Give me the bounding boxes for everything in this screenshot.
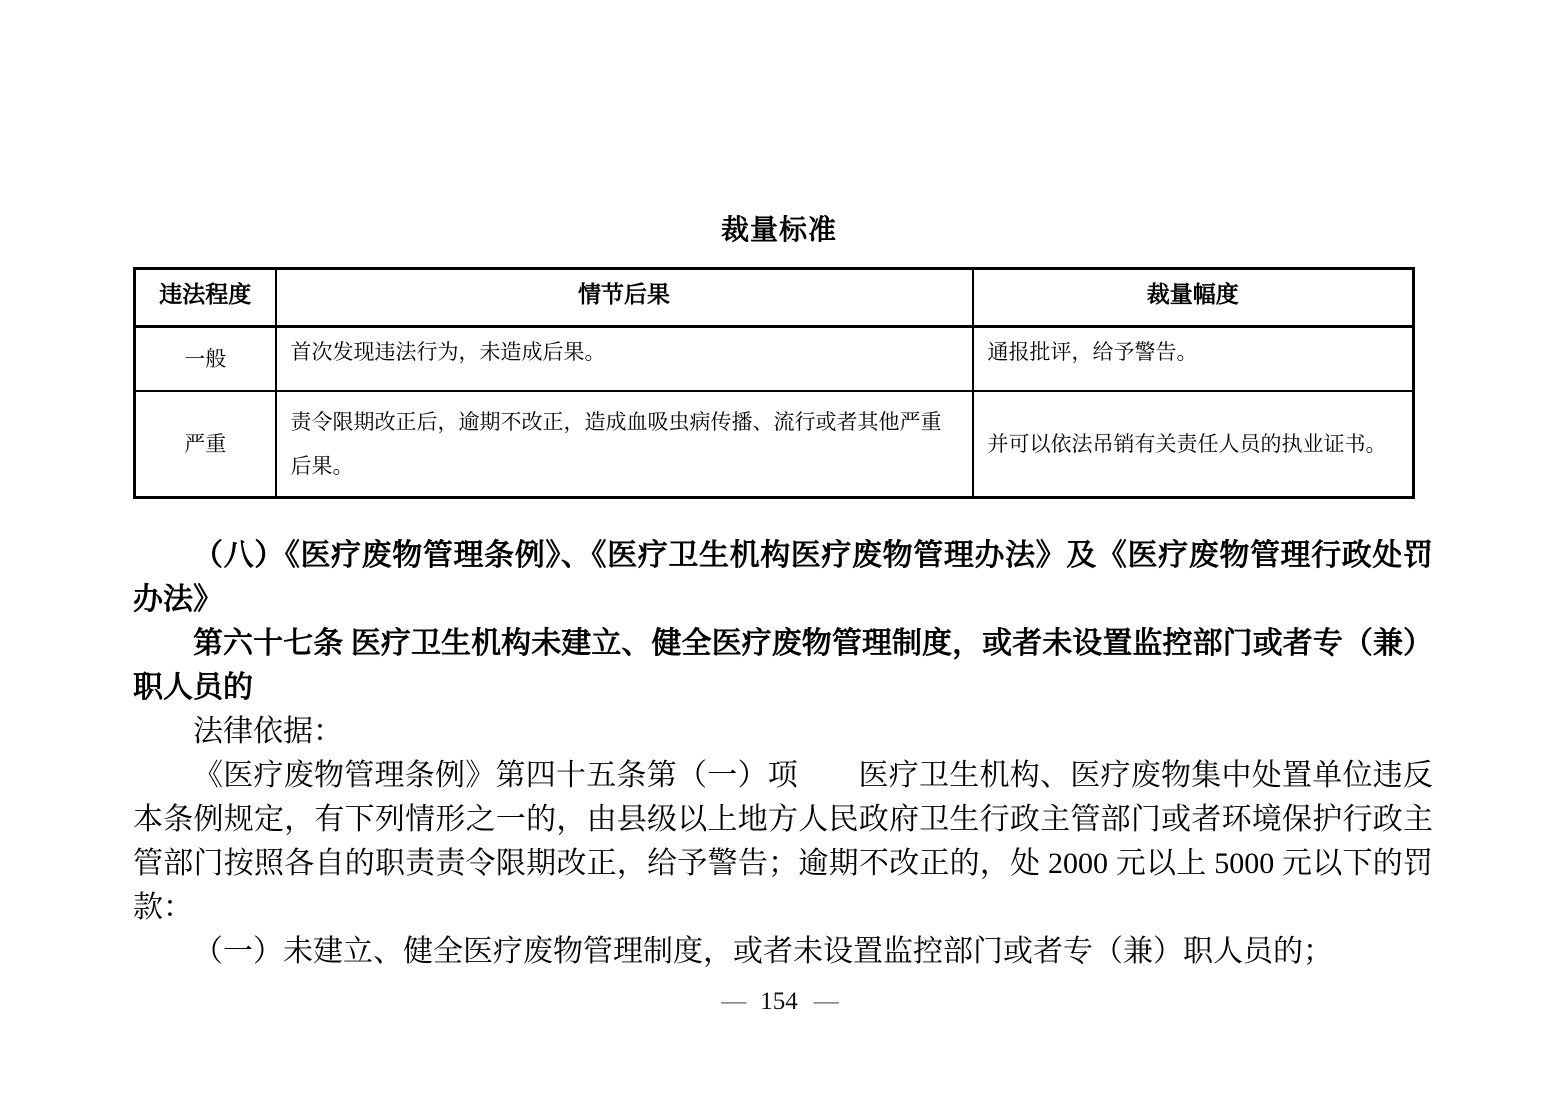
paragraph-article-67-heading: 第六十七条 医疗卫生机构未建立、健全医疗废物管理制度，或者未设置监控部门或者专（…	[133, 622, 1433, 710]
footer-dash-right: —	[814, 988, 837, 1015]
table-header-row: 违法程度 情节后果 裁量幅度	[135, 269, 1414, 327]
paragraph-legal-basis-label: 法律依据：	[133, 710, 1433, 754]
paragraph-article-45-body: 《医疗废物管理条例》第四十五条第（一）项 医疗卫生机构、医疗废物集中处置单位违反…	[133, 754, 1433, 930]
cell-range-general: 通报批评，给予警告。	[973, 327, 1414, 392]
body-text-block: （八）《医疗废物管理条例》、《医疗卫生机构医疗废物管理办法》及《医疗废物管理行政…	[133, 534, 1433, 974]
paragraph-regulation-heading: （八）《医疗废物管理条例》、《医疗卫生机构医疗废物管理办法》及《医疗废物管理行政…	[133, 534, 1433, 622]
cell-consequence-severe: 责令限期改正后，逾期不改正，造成血吸虫病传播、流行或者其他严重后果。	[276, 391, 973, 498]
cell-range-severe: 并可以依法吊销有关责任人员的执业证书。	[973, 391, 1414, 498]
table-header-range: 裁量幅度	[973, 269, 1414, 327]
document-page: 裁量标准 违法程度 情节后果 裁量幅度 一般 首次发现违法行为，未造成后果。 通…	[0, 0, 1558, 1102]
table-header-degree: 违法程度	[135, 269, 276, 327]
cell-degree-severe: 严重	[135, 391, 276, 498]
page-footer: —154—	[0, 988, 1558, 1016]
page-title: 裁量标准	[0, 208, 1558, 248]
table-row: 一般 首次发现违法行为，未造成后果。 通报批评，给予警告。	[135, 327, 1414, 392]
paragraph-item-one: （一）未建立、健全医疗废物管理制度，或者未设置监控部门或者专（兼）职人员的；	[133, 930, 1433, 974]
page-number: 154	[760, 988, 798, 1015]
discretion-standards-table: 违法程度 情节后果 裁量幅度 一般 首次发现违法行为，未造成后果。 通报批评，给…	[133, 267, 1415, 499]
table-row: 严重 责令限期改正后，逾期不改正，造成血吸虫病传播、流行或者其他严重后果。 并可…	[135, 391, 1414, 498]
cell-consequence-general: 首次发现违法行为，未造成后果。	[276, 327, 973, 392]
cell-degree-general: 一般	[135, 327, 276, 392]
footer-dash-left: —	[721, 988, 744, 1015]
table-header-consequence: 情节后果	[276, 269, 973, 327]
